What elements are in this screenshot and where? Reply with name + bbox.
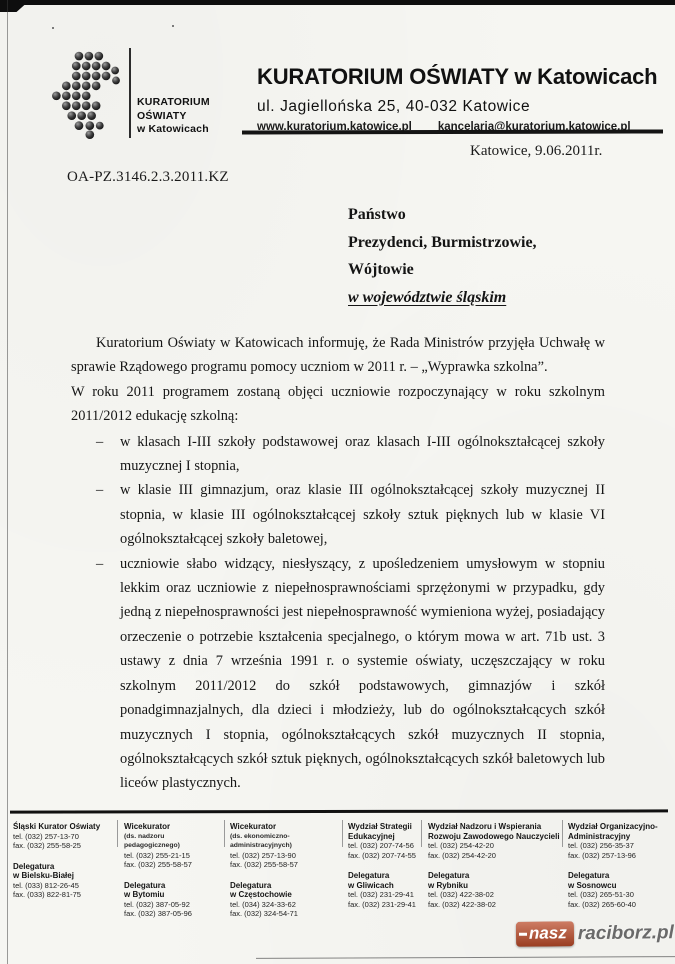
- footer-contact-entry: Wicekurator(ds. ekonomiczno-administracy…: [230, 822, 340, 870]
- footer-contact-entry: Delegaturaw Rybnikutel. (032) 422-38-02f…: [428, 871, 560, 909]
- footer-line: w Sosnowcu: [568, 881, 668, 891]
- footer-line: tel. (032) 257-13-90: [230, 851, 340, 861]
- bullet-text: uczniowie słabo widzący, niesłyszący, z …: [120, 556, 605, 792]
- footer-line: (ds. ekonomiczno-administracyjnych): [230, 832, 340, 851]
- footer-line: fax. (032) 255-58-57: [230, 860, 340, 870]
- footer-column: Wydział Nadzoru i WspieraniaRozwoju Zawo…: [428, 822, 560, 930]
- footer-line: Delegatura: [428, 871, 560, 881]
- footer-line: w Częstochowie: [230, 890, 340, 900]
- letterhead-rule: [242, 129, 663, 134]
- footer-contact-block: Śląski Kurator Oświatytel. (032) 257-13-…: [0, 810, 675, 930]
- bullet-item: – w klasach I-III szkoły podstawowej ora…: [71, 430, 605, 479]
- bullet-marker: –: [96, 478, 103, 502]
- footer-contact-entry: Wydział Organizacyjno-Administracyjnytel…: [568, 822, 668, 860]
- logo-caption-line: w Katowicach: [137, 123, 210, 137]
- bullet-item: – uczniowie słabo widzący, niesłyszący, …: [71, 552, 605, 796]
- footer-line: Delegatura: [230, 881, 340, 891]
- footer-line: fax. (032) 387-05-96: [124, 909, 222, 919]
- footer-line: Rozwoju Zawodowego Nauczycieli: [428, 832, 560, 842]
- footer-line: fax. (032) 257-13-96: [568, 851, 668, 861]
- footer-column: Wicekurator(ds. nadzoru pedagogicznego)t…: [124, 822, 222, 930]
- footer-line: fax. (032) 255-58-57: [124, 860, 222, 870]
- footer-column: Wydział StrategiiEdukacyjnejtel. (032) 2…: [348, 822, 420, 930]
- footer-line: Wydział Organizacyjno-: [568, 822, 668, 832]
- scan-edge-bottom: [256, 956, 675, 959]
- bullet-list: – w klasach I-III szkoły podstawowej ora…: [71, 430, 605, 796]
- footer-contact-entry: Delegaturaw Sosnowcutel. (032) 265-51-30…: [568, 871, 668, 909]
- footer-line: tel. (032) 387-05-92: [124, 900, 222, 910]
- watermark-box: nasz: [516, 921, 574, 947]
- footer-line: w Bytomiu: [124, 890, 222, 900]
- footer-line: tel. (032) 254-42-20: [428, 841, 560, 851]
- kuratorium-logo-icon: [48, 47, 128, 141]
- letter-body: Kuratorium Oświaty w Katowicach informuj…: [71, 331, 605, 796]
- footer-line: Wydział Strategii: [348, 822, 420, 832]
- footer-line: w Bielsku-Białej: [13, 871, 115, 881]
- reference-number: OA-PZ.3146.2.3.2011.KZ: [67, 169, 229, 186]
- footer-contact-entry: Wicekurator(ds. nadzoru pedagogicznego)t…: [124, 822, 222, 870]
- org-address: ul. Jagiellońska 25, 40-032 Katowice: [257, 98, 663, 116]
- footer-line: Wicekurator: [230, 822, 340, 832]
- dateline: Katowice, 9.06.2011r.: [470, 143, 602, 160]
- watermark-suffix-text: raciborz.pl: [578, 922, 674, 945]
- scan-speck: [52, 27, 54, 29]
- footer-line: tel. (032) 207-74-56: [348, 841, 420, 851]
- watermark-box-text: nasz: [529, 923, 567, 942]
- footer-line: fax. (032) 254-42-20: [428, 851, 560, 861]
- footer-line: fax. (032) 265-60-40: [568, 900, 668, 910]
- logo-divider: [129, 48, 131, 138]
- footer-columns: Śląski Kurator Oświatytel. (032) 257-13-…: [13, 822, 668, 930]
- footer-line: tel. (032) 257-13-70: [13, 832, 115, 842]
- footer-line: fax. (032) 255-58-25: [13, 841, 115, 851]
- footer-line: fax. (032) 422-38-02: [428, 900, 560, 910]
- footer-line: Wydział Nadzoru i Wspierania: [428, 822, 560, 832]
- footer-line: Śląski Kurator Oświaty: [13, 822, 115, 832]
- bullet-marker: –: [96, 552, 103, 576]
- addressee-block: Państwo Prezydenci, Burmistrzowie, Wójto…: [348, 201, 537, 311]
- logo-caption-line: OŚWIATY: [137, 110, 210, 124]
- bullet-item: – w klasie III gimnazjum, oraz klasie II…: [71, 478, 605, 551]
- footer-line: tel. (032) 231-29-41: [348, 890, 420, 900]
- footer-line: Delegatura: [568, 871, 668, 881]
- scanned-letter-page: KURATORIUM OŚWIATY w Katowicach KURATORI…: [0, 0, 675, 964]
- logo-caption: KURATORIUM OŚWIATY w Katowicach: [137, 96, 210, 137]
- footer-contact-entry: Wydział Nadzoru i WspieraniaRozwoju Zawo…: [428, 822, 560, 860]
- scan-corner-mark: [0, 0, 30, 12]
- bullet-text: w klasach I-III szkoły podstawowej oraz …: [120, 434, 605, 474]
- footer-line: w Gliwicach: [348, 881, 420, 891]
- scan-edge-top: [0, 0, 675, 5]
- letterhead: KURATORIUM OŚWIATY w Katowicach ul. Jagi…: [257, 64, 663, 133]
- footer-line: tel. (034) 324-33-62: [230, 900, 340, 910]
- footer-column: Wicekurator(ds. ekonomiczno-administracy…: [230, 822, 340, 930]
- footer-contact-entry: Delegaturaw Bytomiutel. (032) 387-05-92f…: [124, 881, 222, 919]
- footer-line: tel. (032) 265-51-30: [568, 890, 668, 900]
- footer-line: tel. (033) 812-26-45: [13, 881, 115, 891]
- org-title: KURATORIUM OŚWIATY w Katowicach: [257, 64, 663, 90]
- footer-line: tel. (032) 255-21-15: [124, 851, 222, 861]
- addressee-line: Wójtowie: [348, 256, 537, 284]
- footer-line: Administracyjny: [568, 832, 668, 842]
- scan-speck: [172, 25, 174, 27]
- footer-line: Delegatura: [124, 881, 222, 891]
- footer-line: fax. (032) 231-29-41: [348, 900, 420, 910]
- footer-line: (ds. nadzoru pedagogicznego): [124, 832, 222, 851]
- addressee-line: Państwo: [348, 201, 537, 229]
- logo-caption-line: KURATORIUM: [137, 96, 210, 110]
- footer-rule: [10, 809, 668, 813]
- bullet-marker: –: [96, 430, 103, 454]
- footer-line: Delegatura: [13, 862, 115, 872]
- footer-line: tel. (032) 422-38-02: [428, 890, 560, 900]
- footer-contact-entry: Delegaturaw Częstochowietel. (034) 324-3…: [230, 881, 340, 919]
- footer-line: fax. (033) 822-81-75: [13, 890, 115, 900]
- footer-line: fax. (032) 324-54-71: [230, 909, 340, 919]
- addressee-region-line: w województwie śląskim: [348, 284, 537, 312]
- body-paragraph: Kuratorium Oświaty w Katowicach informuj…: [71, 331, 605, 380]
- footer-line: fax. (032) 207-74-55: [348, 851, 420, 861]
- footer-contact-entry: Delegaturaw Bielsku-Białejtel. (033) 812…: [13, 862, 115, 900]
- footer-line: w Rybniku: [428, 881, 560, 891]
- footer-line: Delegatura: [348, 871, 420, 881]
- addressee-line: Prezydenci, Burmistrzowie,: [348, 229, 537, 257]
- bullet-text: w klasie III gimnazjum, oraz klasie III …: [120, 482, 605, 547]
- footer-contact-entry: Śląski Kurator Oświatytel. (032) 257-13-…: [13, 822, 115, 851]
- watermark-dash-icon: [519, 933, 527, 936]
- footer-line: tel. (032) 256-35-37: [568, 841, 668, 851]
- body-paragraph: W roku 2011 programem zostaną objęci ucz…: [71, 380, 605, 429]
- footer-column: Wydział Organizacyjno-Administracyjnytel…: [568, 822, 668, 930]
- footer-contact-entry: Delegaturaw Gliwicachtel. (032) 231-29-4…: [348, 871, 420, 909]
- footer-contact-entry: Wydział StrategiiEdukacyjnejtel. (032) 2…: [348, 822, 420, 860]
- footer-line: Wicekurator: [124, 822, 222, 832]
- footer-line: Edukacyjnej: [348, 832, 420, 842]
- watermark: nasz raciborz.pl: [516, 920, 674, 947]
- footer-column: Śląski Kurator Oświatytel. (032) 257-13-…: [13, 822, 115, 930]
